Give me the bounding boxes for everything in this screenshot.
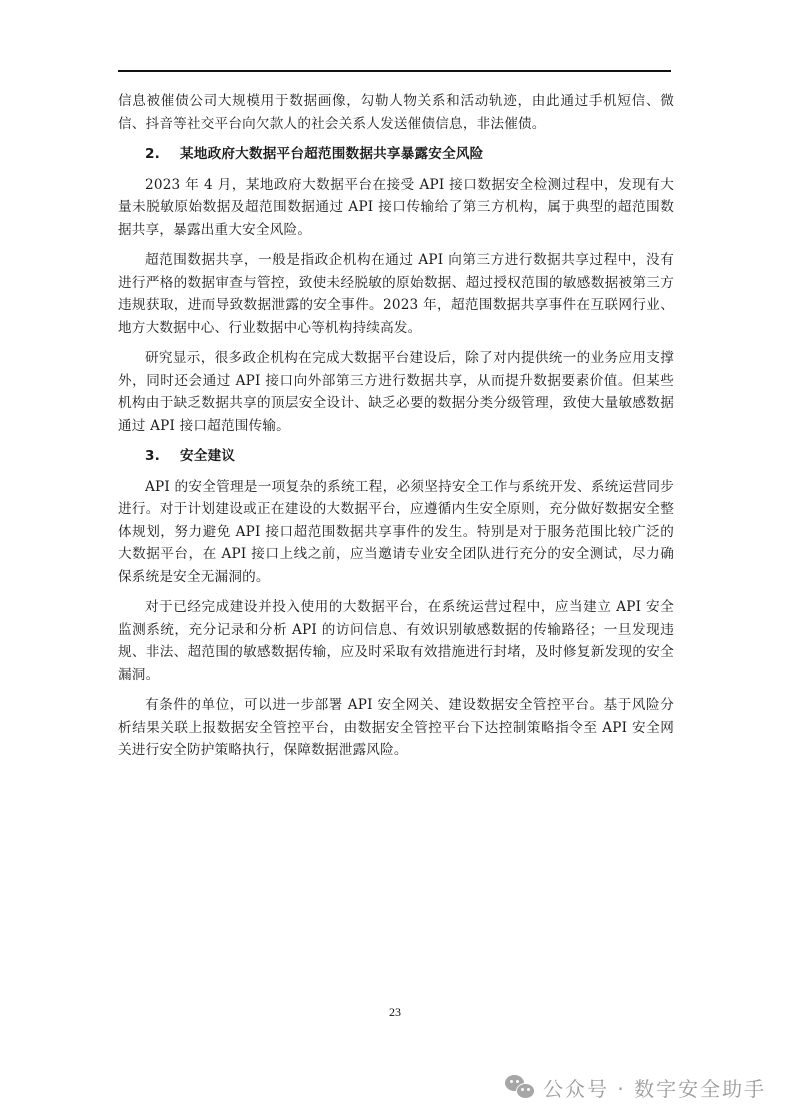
section-title: 安全建议 bbox=[180, 448, 235, 464]
paragraph: 2023 年 4 月，某地政府大数据平台在接受 API 接口数据安全检测过程中，… bbox=[118, 174, 674, 242]
paragraph: 超范围数据共享，一般是指政企机构在通过 API 向第三方进行数据共享过程中，没有… bbox=[118, 249, 674, 339]
watermark: 公众号 · 数字安全助手 bbox=[505, 1072, 766, 1102]
watermark-text: 公众号 · 数字安全助手 bbox=[543, 1073, 766, 1102]
paragraph: 信息被催债公司大规模用于数据画像，勾勒人物关系和活动轨迹，由此通过手机短信、微信… bbox=[118, 90, 674, 135]
paragraph: 研究显示，很多政企机构在完成大数据平台建设后，除了对内提供统一的业务应用支撑外，… bbox=[118, 347, 674, 437]
section-heading-3: 3.安全建议 bbox=[118, 445, 674, 468]
paragraph: API 的安全管理是一项复杂的系统工程，必须坚持安全工作与系统开发、系统运营同步… bbox=[118, 476, 674, 589]
section-number: 3. bbox=[145, 445, 180, 468]
wechat-icon bbox=[505, 1074, 535, 1100]
section-title: 某地政府大数据平台超范围数据共享暴露安全风险 bbox=[180, 146, 483, 162]
document-body: 信息被催债公司大规模用于数据画像，勾勒人物关系和活动轨迹，由此通过手机短信、微信… bbox=[118, 90, 674, 770]
page-number: 23 bbox=[0, 1005, 790, 1020]
header-rule bbox=[118, 70, 671, 72]
section-number: 2. bbox=[145, 143, 180, 166]
paragraph: 对于已经完成建设并投入使用的大数据平台，在系统运营过程中，应当建立 API 安全… bbox=[118, 596, 674, 686]
section-heading-2: 2.某地政府大数据平台超范围数据共享暴露安全风险 bbox=[118, 143, 674, 166]
paragraph: 有条件的单位，可以进一步部署 API 安全网关、建设数据安全管控平台。基于风险分… bbox=[118, 694, 674, 762]
